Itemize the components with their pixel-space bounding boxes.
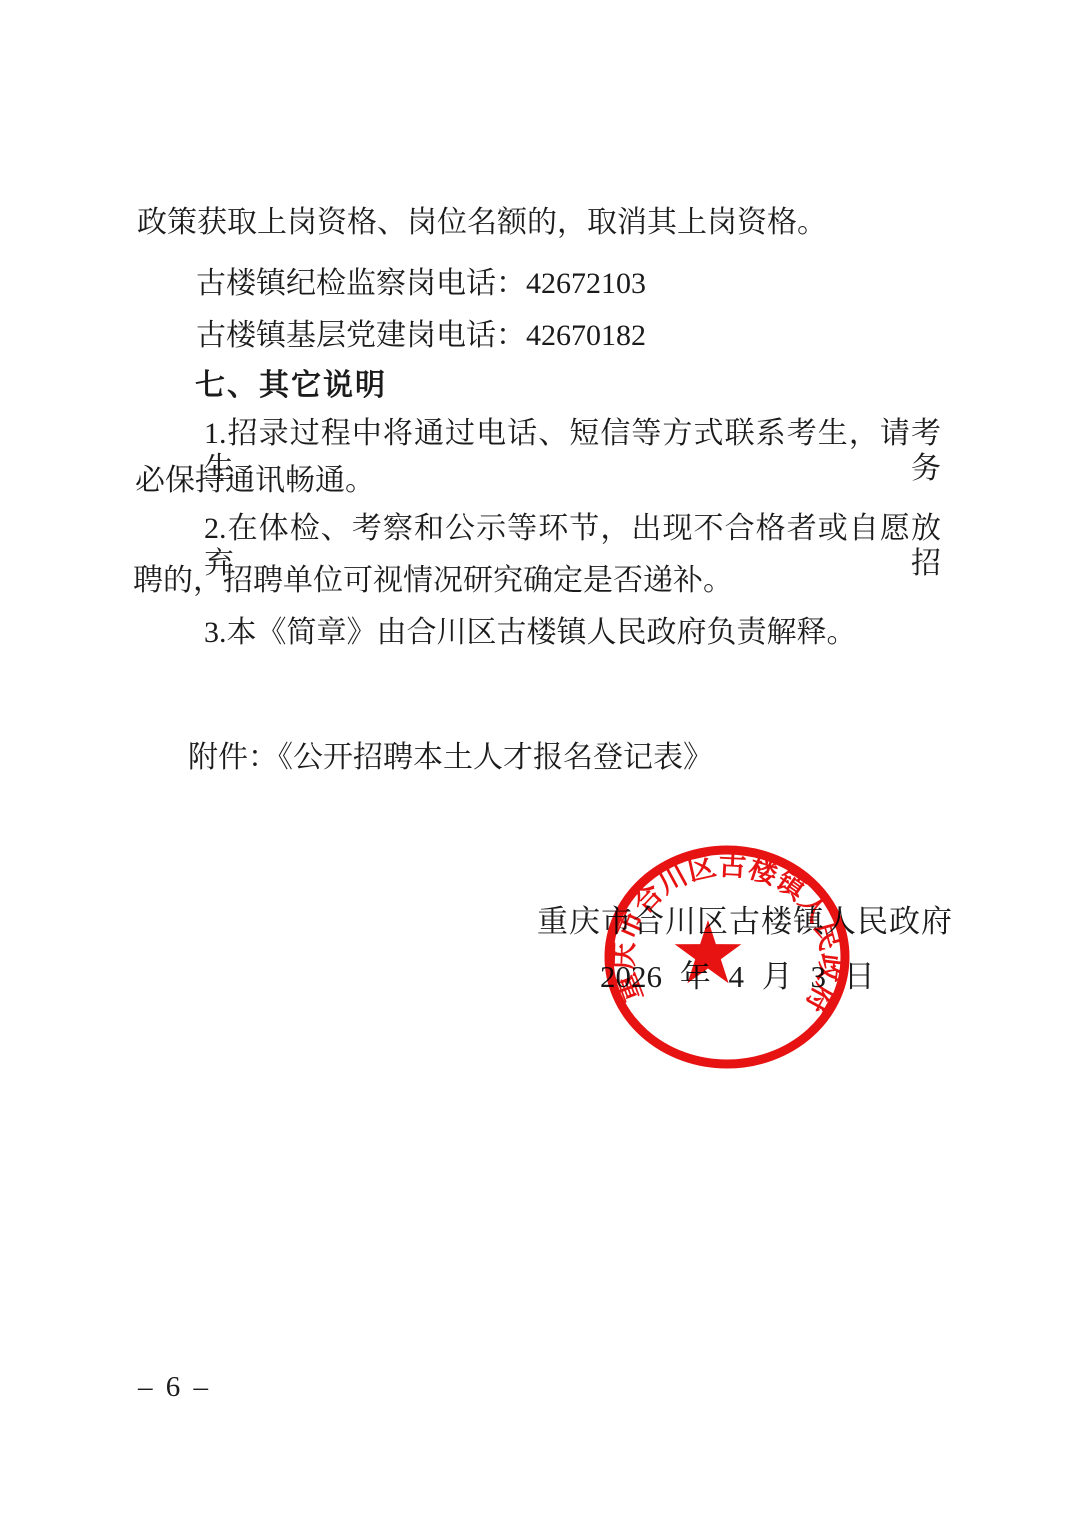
seal-star-icon [675, 920, 742, 983]
seal-curved-textpath: 重庆市合川区古楼镇人民政府 [607, 849, 847, 1018]
item-3-line-1: 3.本《简章》由合川区古楼镇人民政府负责解释。 [204, 616, 857, 651]
document-page: 政策获取上岗资格、岗位名额的，取消其上岗资格。 古楼镇纪检监察岗电话：42672… [0, 0, 1074, 1520]
contact-phone-line-1: 古楼镇纪检监察岗电话：42672103 [196, 267, 646, 302]
attachment-line: 附件：《公开招聘本土人才报名登记表》 [188, 741, 713, 776]
contact-phone-line-2: 古楼镇基层党建岗电话：42670182 [196, 319, 646, 354]
page-number: – 6 – [138, 1371, 211, 1404]
paragraph-tail-line: 政策获取上岗资格、岗位名额的，取消其上岗资格。 [137, 206, 827, 241]
item-1-line-2: 必保持通讯畅通。 [135, 464, 375, 499]
official-seal: 重庆市合川区古楼镇人民政府 [597, 836, 857, 1080]
seal-curved-text: 重庆市合川区古楼镇人民政府 [607, 849, 847, 1018]
item-2-line-2: 聘的，招聘单位可视情况研究确定是否递补。 [133, 564, 733, 599]
section-heading: 七、其它说明 [195, 369, 387, 404]
